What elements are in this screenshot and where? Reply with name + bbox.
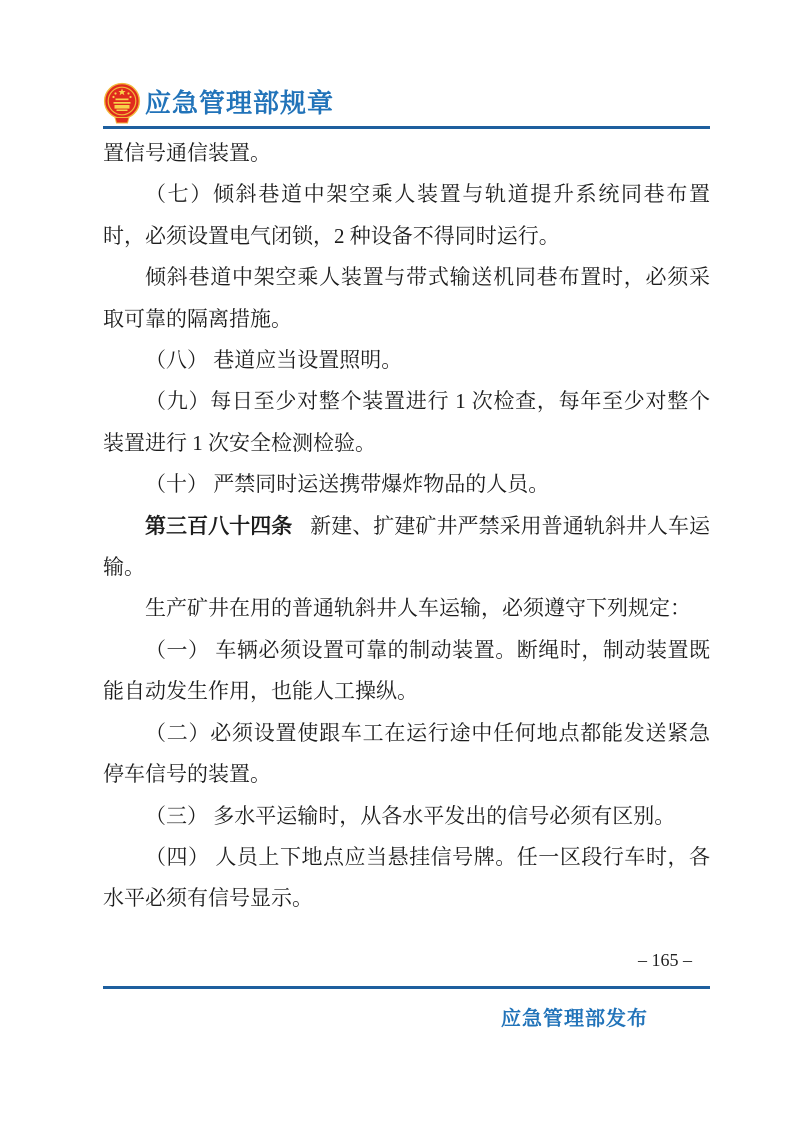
article-number: 第三百八十四条: [145, 515, 292, 538]
paragraph: 生产矿井在用的普通轨斜井人车运输，必须遵守下列规定：: [103, 588, 710, 629]
paragraph: 置信号通信装置。: [103, 133, 710, 174]
publisher-label: 应急管理部发布: [103, 1002, 710, 1031]
document-header: 应急管理部规章: [103, 82, 710, 124]
paragraph: （九）每日至少对整个装置进行 1 次检查，每年至少对整个装置进行 1 次安全检测…: [103, 381, 710, 464]
paragraph: （一） 车辆必须设置可靠的制动装置。断绳时，制动装置既能自动发生作用，也能人工操…: [103, 630, 710, 713]
footer-rule: [103, 986, 710, 989]
paragraph: （二）必须设置使跟车工在运行途中任何地点都能发送紧急停车信号的装置。: [103, 713, 710, 796]
paragraph: （四） 人员上下地点应当悬挂信号牌。任一区段行车时，各水平必须有信号显示。: [103, 837, 710, 920]
document-page: 应急管理部规章 置信号通信装置。（七）倾斜巷道中架空乘人装置与轨道提升系统同巷布…: [0, 0, 793, 1122]
paragraph: （十） 严禁同时运送携带爆炸物品的人员。: [103, 464, 710, 505]
paragraph: （八） 巷道应当设置照明。: [103, 340, 710, 381]
document-body: 置信号通信装置。（七）倾斜巷道中架空乘人装置与轨道提升系统同巷布置时，必须设置电…: [103, 133, 710, 920]
national-emblem-icon: [103, 82, 141, 124]
page-number: – 165 –: [103, 950, 710, 971]
paragraph: 倾斜巷道中架空乘人装置与带式输送机同巷布置时，必须采取可靠的隔离措施。: [103, 257, 710, 340]
header-title: 应急管理部规章: [145, 82, 334, 124]
paragraph: （七）倾斜巷道中架空乘人装置与轨道提升系统同巷布置时，必须设置电气闭锁，2 种设…: [103, 174, 710, 257]
paragraph: （三） 多水平运输时，从各水平发出的信号必须有区别。: [103, 796, 710, 837]
header-rule: [103, 126, 710, 129]
paragraph: 第三百八十四条新建、扩建矿井严禁采用普通轨斜井人车运输。: [103, 506, 710, 589]
